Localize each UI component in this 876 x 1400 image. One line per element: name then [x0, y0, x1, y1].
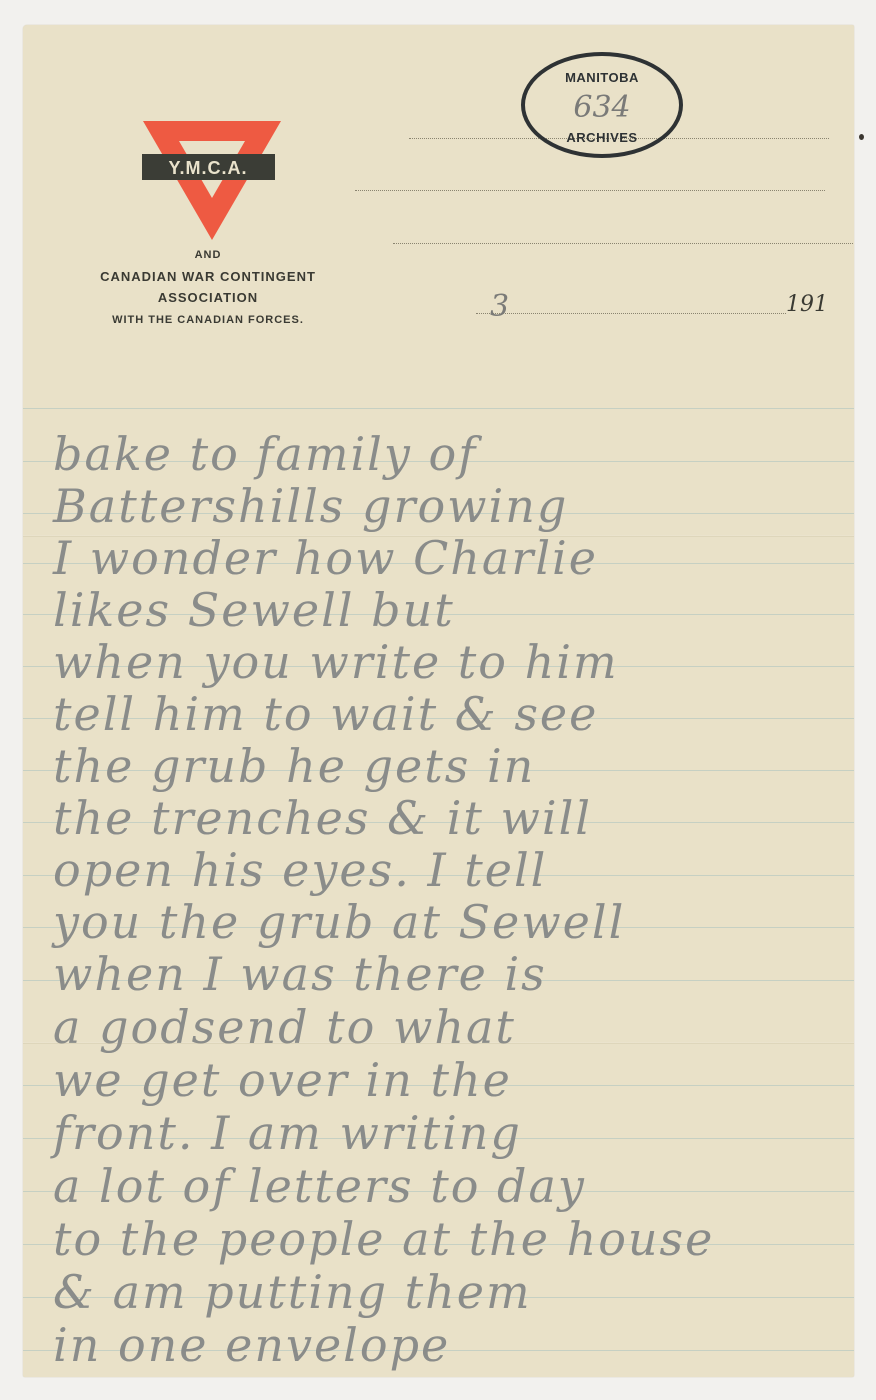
handwriting-line: in one envelope — [53, 1318, 843, 1372]
handwriting-line: when you write to him — [53, 635, 843, 689]
ymca-triangle-logo: Y.M.C.A. — [141, 121, 283, 241]
svg-text:Y.M.C.A.: Y.M.C.A. — [168, 158, 247, 178]
handwriting-line: I wonder how Charlie — [53, 531, 843, 585]
address-line-2 — [355, 190, 825, 191]
handwriting-line: we get over in the — [53, 1053, 843, 1107]
handwriting-line: the grub he gets in — [53, 739, 843, 793]
date-line — [476, 313, 786, 314]
stamp-bottom-text: ARCHIVES — [525, 130, 679, 145]
date-day: 3 — [490, 289, 509, 324]
ruled-line — [23, 408, 854, 409]
handwriting-line: Battershills growing — [53, 479, 843, 533]
handwriting-line: when I was there is — [53, 947, 843, 1001]
handwriting-line: open his eyes. I tell — [53, 843, 843, 897]
handwriting-line: you the grub at Sewell — [53, 895, 843, 949]
stamp-top-text: MANITOBA — [525, 70, 679, 85]
handwriting-line: a godsend to what — [53, 1000, 843, 1054]
handwriting-line: front. I am writing — [53, 1106, 843, 1160]
date-year: 191 — [786, 292, 828, 317]
letterhead-association: ASSOCIATION — [43, 290, 373, 305]
address-line-3 — [393, 243, 853, 244]
scan-speck — [859, 134, 864, 140]
handwriting-line: likes Sewell but — [53, 583, 843, 637]
handwriting-line: a lot of letters to day — [53, 1159, 843, 1213]
letterhead-forces: WITH THE CANADIAN FORCES. — [43, 314, 373, 326]
handwriting-line: to the people at the house — [53, 1212, 843, 1266]
handwriting-line: tell him to wait & see — [53, 687, 843, 741]
letter-page: Y.M.C.A. AND CANADIAN WAR CONTINGENT ASS… — [23, 25, 854, 1377]
manitoba-archives-stamp: MANITOBA 634 ARCHIVES — [521, 52, 683, 158]
handwriting-line: & am putting them — [53, 1265, 843, 1319]
letterhead-org-name: CANADIAN WAR CONTINGENT — [43, 269, 373, 284]
stamp-number: 634 — [525, 90, 679, 125]
handwriting-line: the trenches & it will — [53, 791, 843, 845]
handwriting-line: bake to family of — [53, 427, 843, 481]
letterhead-and: AND — [43, 249, 373, 261]
